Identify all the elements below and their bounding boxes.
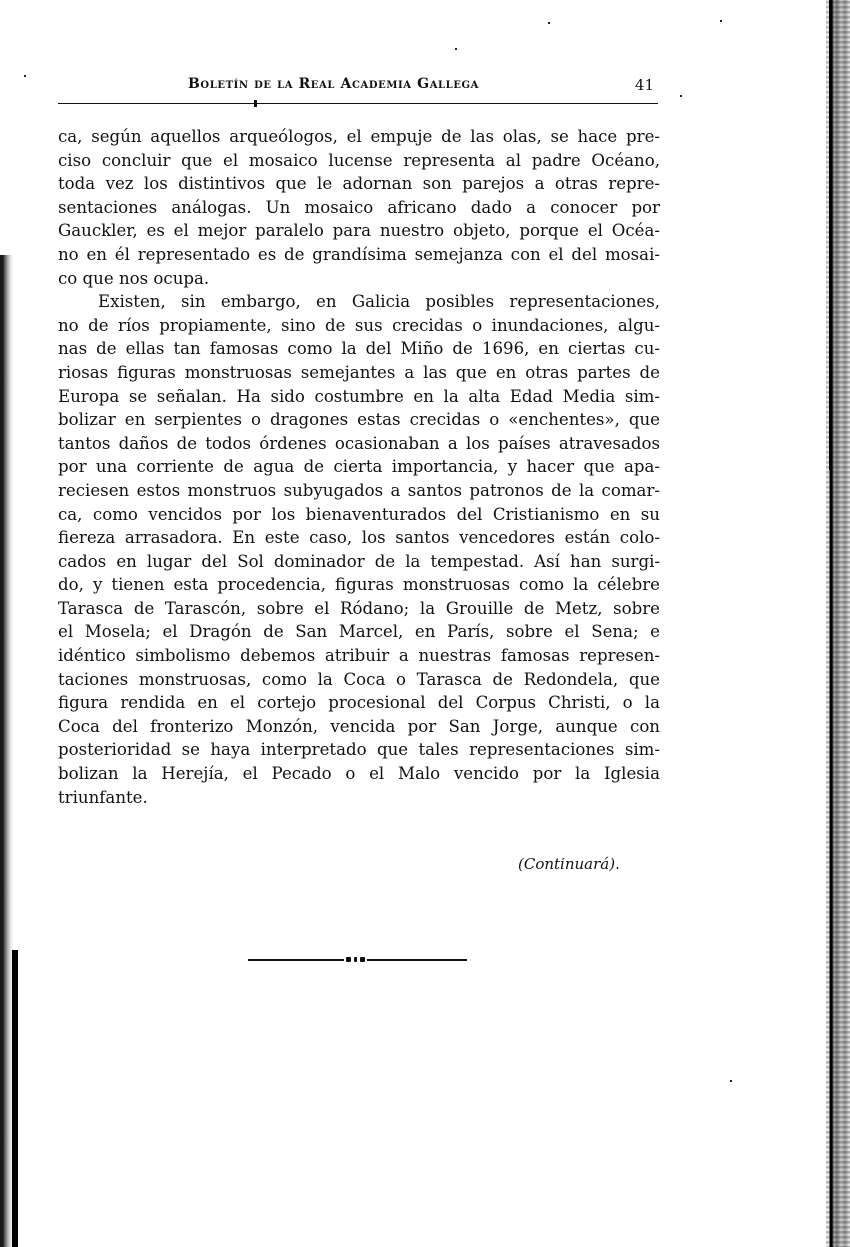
body-text: ca, según aquellos arqueólogos, el empuj…	[58, 125, 660, 809]
ornament-dot	[346, 957, 351, 962]
page-edge-left-shadow	[12, 950, 18, 1247]
text-line: fiereza arrasadora. En este caso, los sa…	[58, 526, 660, 550]
text-line: posterioridad se haya interpretado que t…	[58, 738, 660, 762]
paragraph-2: Existen, sin embargo, en Galicia posible…	[58, 290, 660, 809]
text-line: por una corriente de agua de cierta impo…	[58, 455, 660, 479]
text-line: Europa se señalan. Ha sido costumbre en …	[58, 385, 660, 409]
text-line: ciso concluir que el mosaico lucense rep…	[58, 149, 660, 173]
scan-speck	[24, 75, 26, 77]
scan-speck	[720, 20, 722, 22]
text-line: no en él representado es de grandísima s…	[58, 243, 660, 267]
scan-speck	[730, 1080, 732, 1082]
text-line: taciones monstruosas, como la Coca o Tar…	[58, 668, 660, 692]
text-line: bolizan la Herejía, el Pecado o el Malo …	[58, 762, 660, 786]
text-line: reciesen estos monstruos subyugados a sa…	[58, 479, 660, 503]
text-line: no de ríos propiamente, sino de sus crec…	[58, 314, 660, 338]
header-rule-mark	[254, 100, 257, 107]
ornament-rule-left	[248, 959, 344, 961]
text-line: riosas figuras monstruosas semejantes a …	[58, 361, 660, 385]
ornament-dot	[360, 957, 365, 962]
text-line: tantos daños de todos órdenes ocasionaba…	[58, 432, 660, 456]
scan-speck	[455, 48, 457, 50]
continuation-note: (Continuará).	[518, 855, 620, 873]
text-line: do, y tienen esta procedencia, figuras m…	[58, 573, 660, 597]
text-line: Tarasca de Tarascón, sobre el Ródano; la…	[58, 597, 660, 621]
text-line: ca, como vencidos por los bienaventurado…	[58, 503, 660, 527]
text-line: sentaciones análogas. Un mosaico african…	[58, 196, 660, 220]
ornament-dot	[354, 957, 357, 962]
page-number: 41	[635, 76, 654, 94]
paragraph-1: ca, según aquellos arqueólogos, el empuj…	[58, 125, 660, 290]
text-line: figura rendida en el cortejo procesional…	[58, 691, 660, 715]
scan-speck	[548, 22, 550, 24]
text-line: Coca del fronterizo Monzón, vencida por …	[58, 715, 660, 739]
text-line: ca, según aquellos arqueólogos, el empuj…	[58, 125, 660, 149]
text-line: nas de ellas tan famosas como la del Miñ…	[58, 337, 660, 361]
scan-speck	[680, 95, 682, 97]
text-line: Existen, sin embargo, en Galicia posible…	[58, 290, 660, 314]
end-ornament-rule	[248, 955, 468, 965]
text-line: cados en lugar del Sol dominador de la t…	[58, 550, 660, 574]
running-title: Boletín de la Real Academia Gallega	[188, 76, 479, 92]
text-line: idéntico simbolismo debemos atribuir a n…	[58, 644, 660, 668]
text-line: triunfante.	[58, 786, 660, 810]
header-rule	[58, 103, 658, 104]
ornament-rule-right	[367, 959, 467, 961]
text-line: toda vez los distintivos que le adornan …	[58, 172, 660, 196]
text-line: Gauckler, es el mejor paralelo para nues…	[58, 219, 660, 243]
text-line: bolizar en serpientes o dragones estas c…	[58, 408, 660, 432]
page-header: Boletín de la Real Academia Gallega 41	[58, 76, 658, 100]
text-line: el Mosela; el Dragón de San Marcel, en P…	[58, 620, 660, 644]
page-edge-right-line	[829, 0, 831, 470]
text-line: co que nos ocupa.	[58, 267, 660, 291]
